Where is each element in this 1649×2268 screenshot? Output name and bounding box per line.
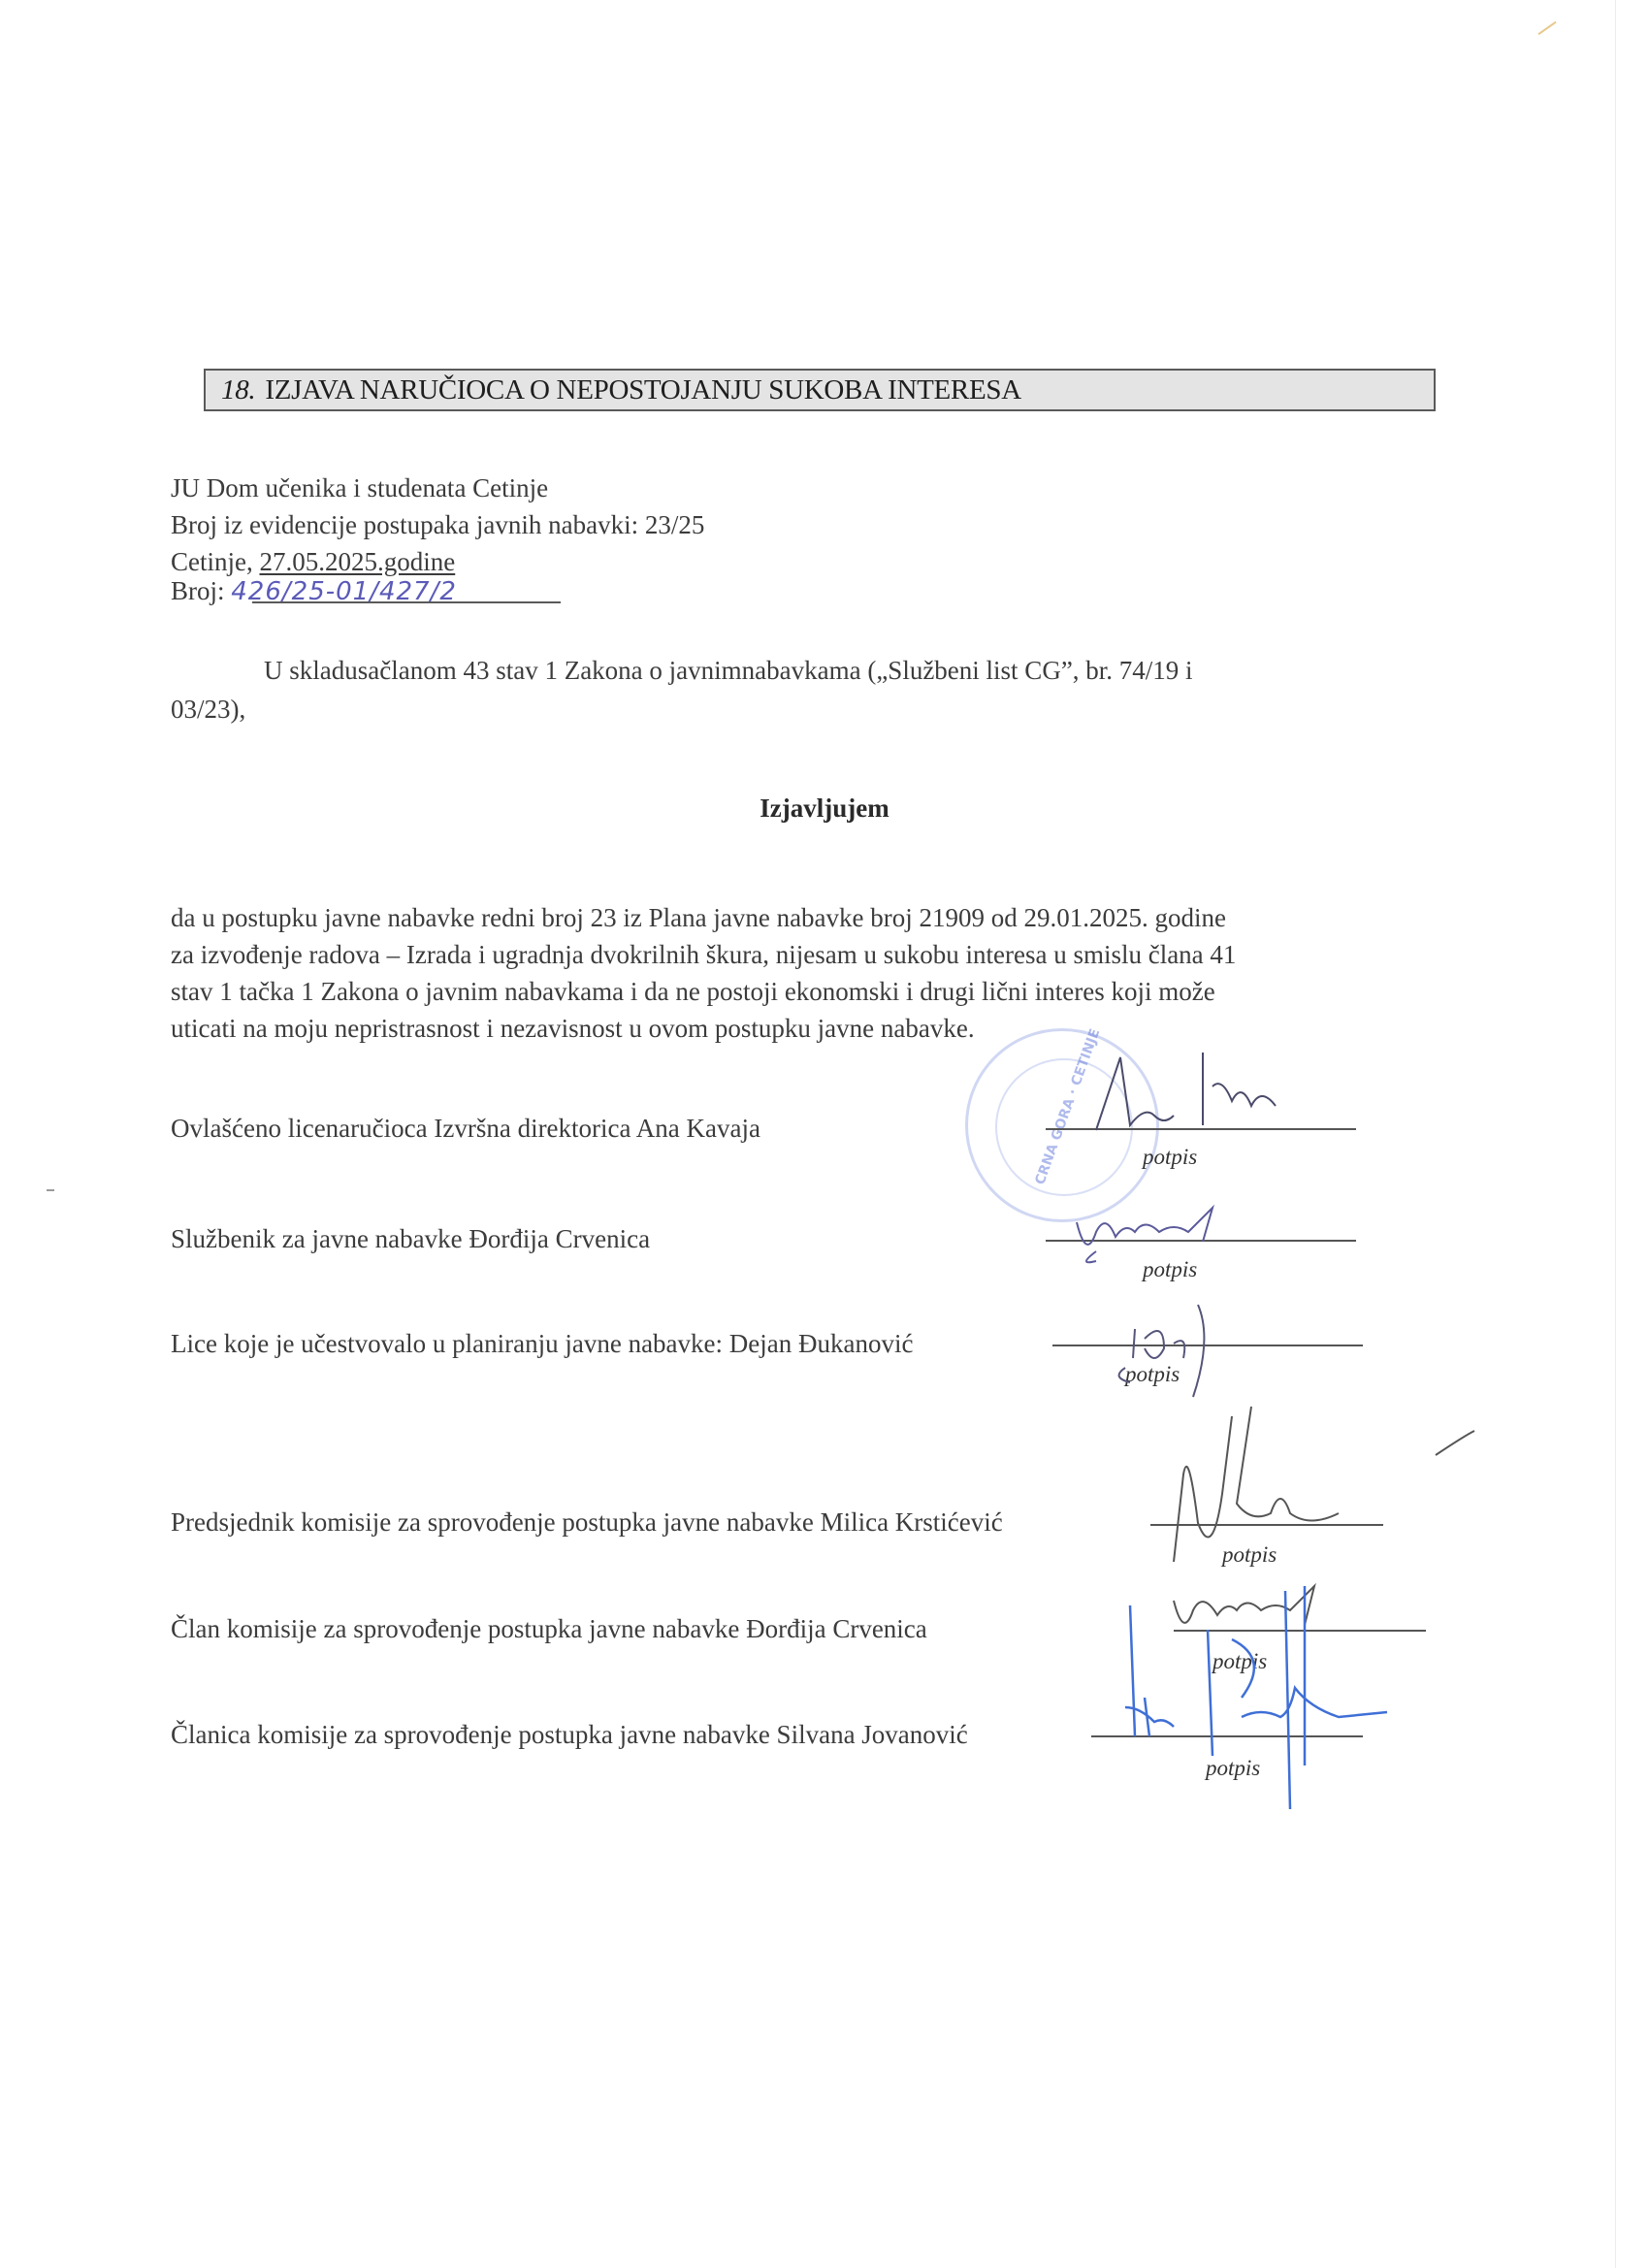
scan-mark	[1537, 21, 1556, 35]
institution-name: JU Dom učenika i studenata Cetinje	[171, 475, 548, 502]
number-underline	[252, 601, 561, 603]
signature-caption: potpis	[1143, 1145, 1197, 1170]
declaration-line: stav 1 tačka 1 Zakona o javnim nabavkama…	[171, 973, 1422, 1010]
declaration-line: da u postupku javne nabavke redni broj 2…	[171, 899, 1422, 936]
declaration-body: da u postupku javne nabavke redni broj 2…	[171, 899, 1422, 1047]
document-number: Broj: 426/25-01/427/2	[171, 578, 457, 604]
signatory-label: Član komisije za sprovođenje postupka ja…	[171, 1616, 927, 1642]
procurement-record: Broj iz evidencije postupaka javnih naba…	[171, 512, 704, 538]
signatory-label: Predsjednik komisije za sprovođenje post…	[171, 1509, 1003, 1536]
intro-line-1: U skladusačlanom 43 stav 1 Zakona o javn…	[264, 658, 1193, 684]
declaration-line: za izvođenje radova – Izrada i ugradnja …	[171, 936, 1422, 973]
section-number: 18.	[221, 374, 255, 406]
signature-dejan-dukanovic	[1106, 1300, 1222, 1407]
signature-dordija-crvenica	[1067, 1203, 1261, 1271]
date: 27.05.2025.godine	[259, 547, 455, 576]
place-date: Cetinje, 27.05.2025.godine	[171, 549, 455, 575]
signatory-label: Članica komisije za sprovođenje postupka…	[171, 1722, 968, 1748]
signature-milica-krsticevic	[1145, 1397, 1474, 1571]
section-title: IZJAVA NARUČIOCA O NEPOSTOJANJU SUKOBA I…	[265, 374, 1021, 406]
signature-silvana-jovanovic	[1115, 1571, 1484, 1863]
declaration-title: Izjavljujem	[0, 794, 1649, 824]
number-label: Broj:	[171, 576, 231, 605]
intro-line-2: 03/23),	[171, 697, 245, 723]
signatory-label: Lice koje je učestvovalo u planiranju ja…	[171, 1331, 913, 1357]
scan-edge-line	[1615, 0, 1616, 2268]
declaration-line: uticati na moju nepristrasnost i nezavis…	[171, 1010, 1422, 1047]
signature-ana-kavaja	[1077, 1048, 1309, 1145]
signatory-label: Službenik za javne nabavke Đorđija Crven…	[171, 1226, 650, 1252]
place: Cetinje,	[171, 547, 259, 576]
signatory-label: Ovlašćeno licenaručioca Izvršna direktor…	[171, 1116, 760, 1142]
scan-mark	[47, 1189, 54, 1191]
section-heading: 18. IZJAVA NARUČIOCA O NEPOSTOJANJU SUKO…	[204, 369, 1436, 411]
